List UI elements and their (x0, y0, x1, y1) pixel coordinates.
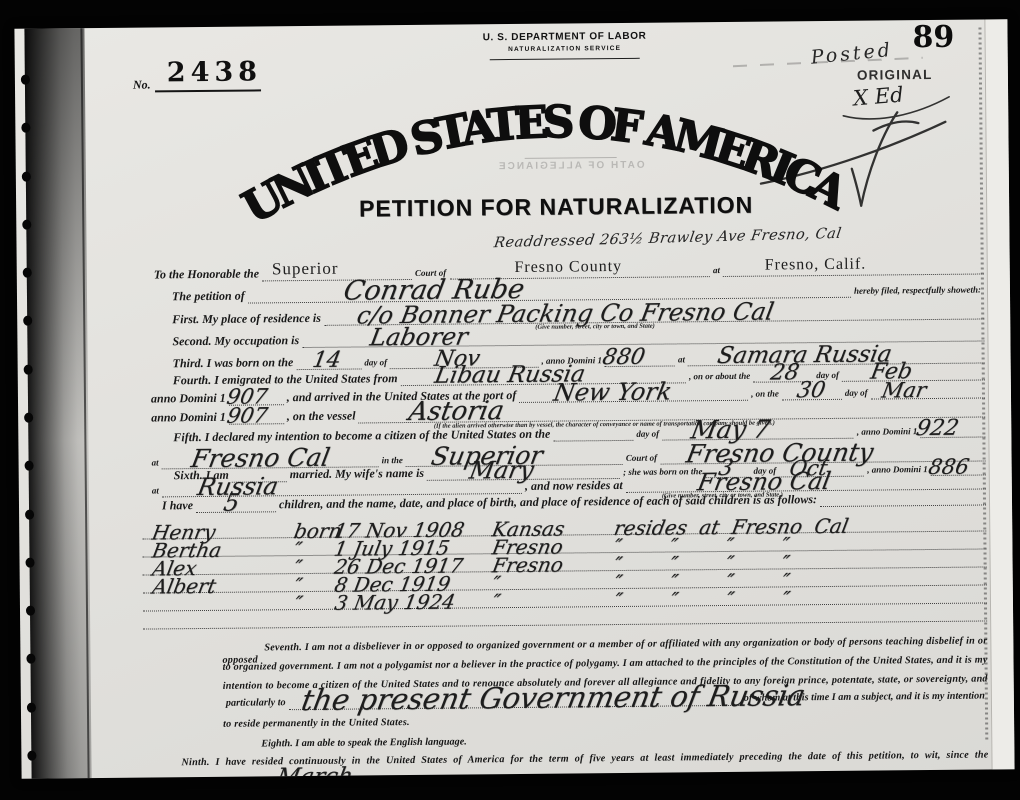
renounce-blank: the present Government of Russia (289, 691, 741, 710)
scan-background: { "colors": {"background": "#030303", "p… (0, 0, 1020, 800)
fifth2-at: at (149, 458, 162, 469)
place-stamp: Fresno, Calif. (765, 256, 867, 275)
arrival-month-blank: Mar (871, 383, 985, 399)
fourth2-a: anno Domini 1 (148, 392, 229, 407)
underlying-page-edge (984, 19, 1014, 769)
agency-header: U. S. DEPARTMENT OF LABOR NATURALIZATION… (384, 30, 744, 61)
posted-annotation: Posted (810, 39, 894, 69)
children-intro-trailing-blank (820, 490, 986, 507)
emigration-day: 28 (769, 362, 801, 384)
children-table: Henry born 17 Nov 1908 Kansas resides at… (142, 513, 987, 629)
court-line-pre: To the Honorable the (151, 267, 262, 282)
bleedthrough-block: OATH OF ALLEGIANCE (471, 156, 671, 172)
punch-hole (24, 413, 33, 423)
county-stamp: Fresno County (514, 258, 622, 277)
children-count-blank: 5 (196, 497, 276, 513)
punch-hole (22, 268, 31, 278)
place-blank: Fresno, Calif. (723, 259, 984, 277)
second-label: Second. My occupation is (169, 334, 302, 349)
bottom-handwriting-fragment: March (275, 766, 355, 779)
arrival-day: 30 (795, 380, 827, 402)
renounce-pre: particularly to (223, 698, 289, 711)
first-label: First. My place of residence is (169, 312, 324, 327)
bleedthrough-rule (525, 157, 617, 159)
petition-post: hereby filed, respectfully showeth: (851, 285, 984, 297)
declaration-year-blank: 922 (920, 422, 985, 438)
renounce-line: particularly to the present Government o… (223, 685, 988, 710)
eighth-clause: Eighth. I am able to speak the English l… (261, 736, 467, 749)
port-blank: New York (519, 386, 748, 403)
punch-hole (26, 702, 35, 712)
petition-pre: The petition of (169, 290, 248, 305)
declaration-day-blank (553, 426, 633, 442)
service-name: NATURALIZATION SERVICE (385, 44, 745, 54)
arrival-year2-blank: 907 (229, 409, 284, 425)
seventh-paragraph: Seventh. I am not a disbeliever in or op… (222, 635, 988, 742)
arrival-month: Mar (880, 380, 928, 401)
department-name: U. S. DEPARTMENT OF LABOR (384, 30, 744, 44)
court-line: To the Honorable the Superior Court of F… (151, 256, 984, 282)
form-number-value: 2438 (167, 56, 262, 88)
form-number-label: No. (133, 77, 151, 92)
punch-hole (22, 219, 31, 229)
declaration-year: 922 (914, 418, 960, 440)
at-label: at (710, 266, 723, 277)
punch-hole (25, 557, 34, 567)
children-intro-a: I have (159, 499, 196, 513)
fourth2-c: , on the (748, 389, 782, 400)
court-name-stamp: Superior (272, 259, 339, 280)
fourth2-d: day of (842, 389, 871, 400)
port-of-arrival: New York (551, 379, 673, 404)
header-rule (490, 58, 640, 60)
punch-hole (26, 654, 35, 664)
vessel-name: Astoria (406, 398, 505, 425)
fourth3-a: anno Domini 1 (148, 411, 229, 426)
page-number: 89 (912, 20, 954, 55)
punch-hole (25, 606, 34, 616)
punch-hole (21, 123, 30, 133)
binding-crease-line (80, 28, 89, 778)
renounce-value: the present Government of Russia (299, 681, 807, 715)
fifth-b: day of (633, 430, 662, 441)
punch-holes (18, 75, 39, 761)
children-count: 5 (222, 491, 242, 515)
arrival-day-blank: 30 (782, 385, 842, 401)
fourth-b: , on or about the (686, 372, 753, 384)
scribble-top-bar (873, 121, 918, 130)
arrival-year2: 907 (225, 405, 269, 426)
bleedthrough-text: OATH OF ALLEGIANCE (471, 159, 671, 172)
children-intro-b: children, and the name, date, and place … (276, 493, 820, 512)
punch-hole (20, 75, 29, 85)
punch-hole (24, 461, 33, 471)
first-line: First. My place of residence is c/o Bonn… (169, 301, 984, 327)
punch-hole (21, 171, 30, 181)
document-paper: No. 2438 U. S. DEPARTMENT OF LABOR NATUR… (14, 19, 1014, 778)
punch-hole (23, 316, 32, 326)
punch-hole (23, 364, 32, 374)
punch-hole (27, 751, 36, 761)
fourth3-b: , on the vessel (284, 409, 359, 424)
punch-hole (25, 509, 34, 519)
document-title: PETITION FOR NATURALIZATION (316, 191, 796, 223)
